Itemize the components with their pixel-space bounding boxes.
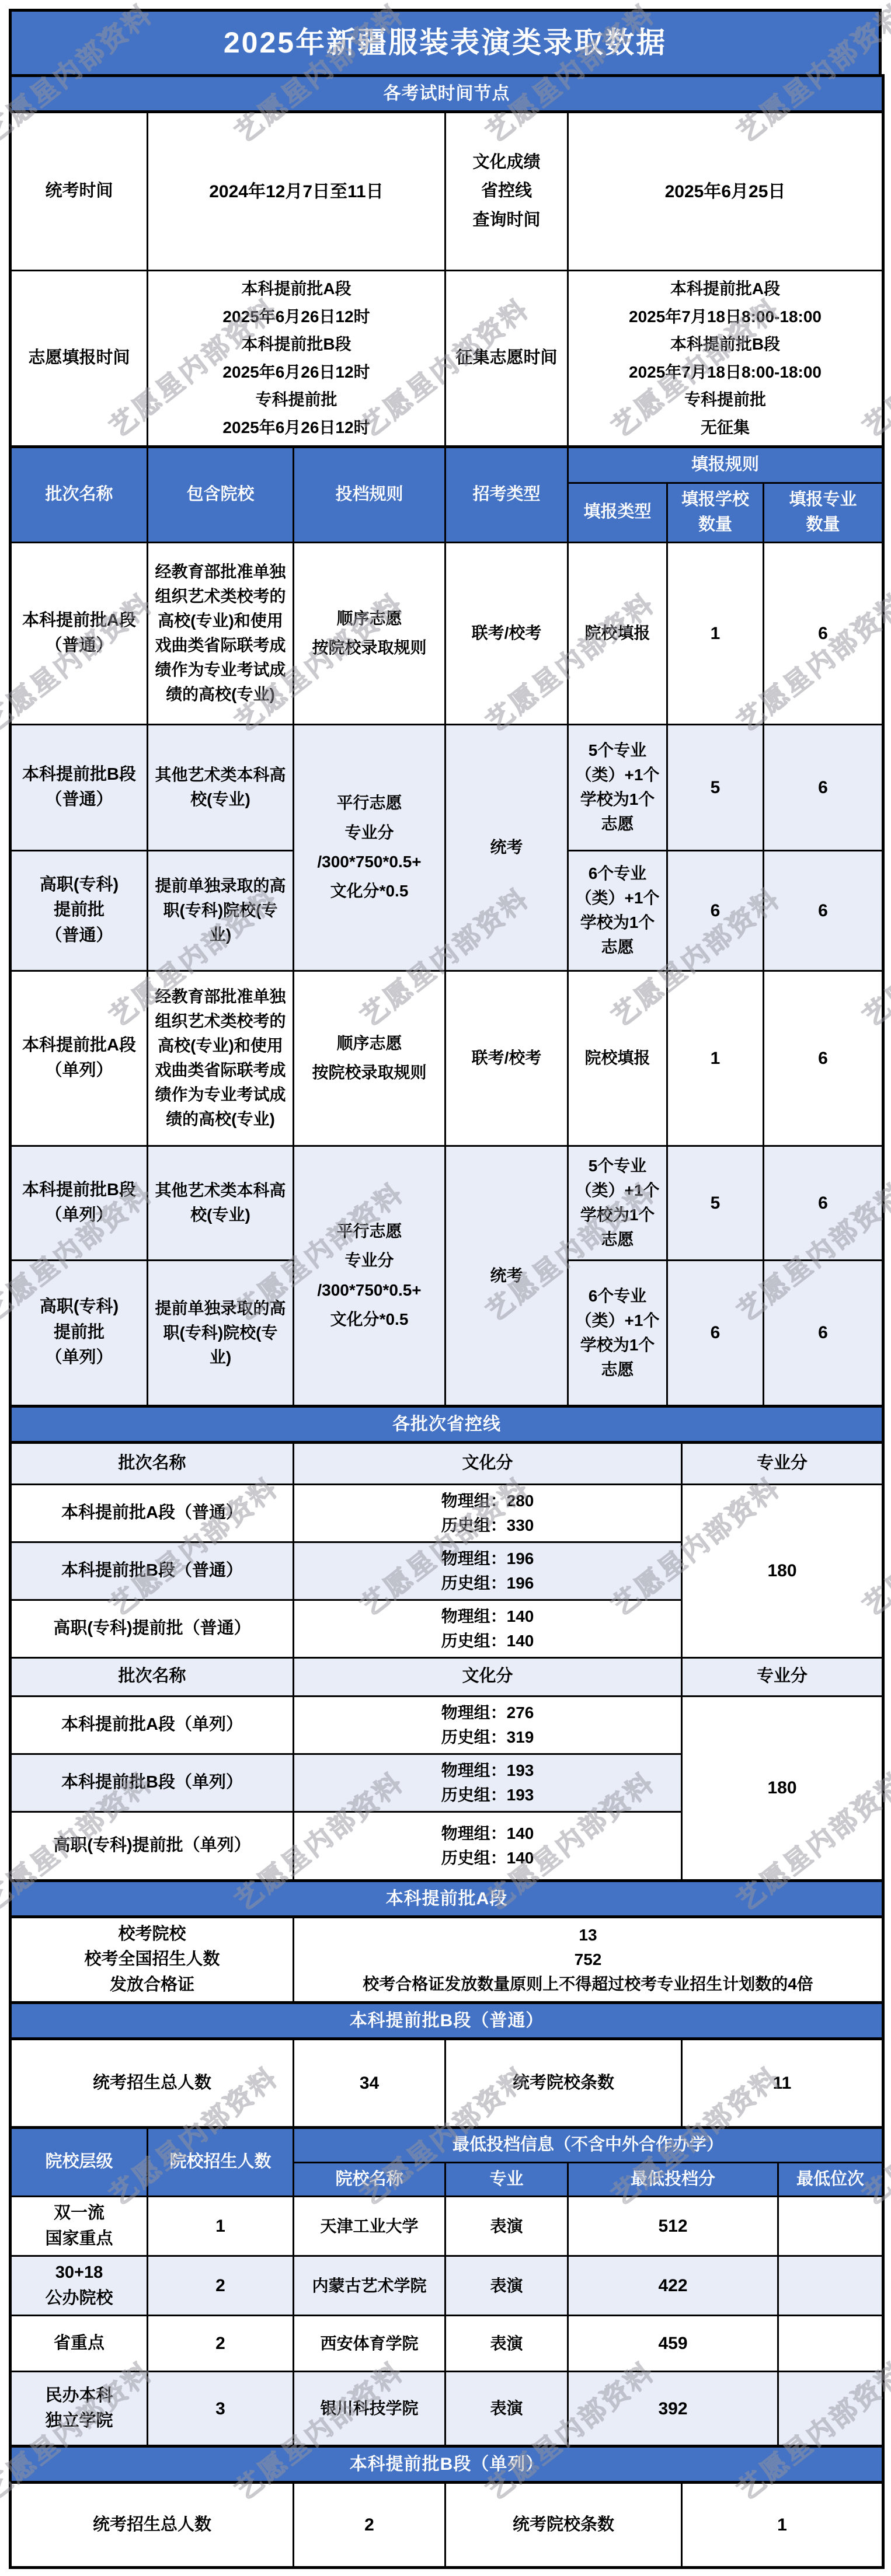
cutoff-culture-score: 物理组：276 历史组：319 <box>294 1696 682 1754</box>
fill-major-count: 6 <box>764 850 883 971</box>
min-rank <box>778 2256 883 2316</box>
included-schools: 经教育部批准单独组织艺术类校考的高校(专业)和使用戏曲类省际联考成绩作为专业考试… <box>148 971 294 1146</box>
cutoff-culture-score: 物理组：140 历史组：140 <box>294 1600 682 1657</box>
included-schools: 提前单独录取的高职(专科)院校(专业) <box>148 850 294 971</box>
culture-line-query-value: 2025年6月25日 <box>568 112 883 271</box>
filing-rule: 顺序志愿 按院校录取规则 <box>294 971 445 1146</box>
col-batch-name: 批次名称 <box>11 446 148 542</box>
section-batch-a: 本科提前批A段 <box>11 1880 883 1917</box>
cutoff-major-score: 180 <box>682 1696 883 1880</box>
batch-name: 本科提前批A段 （单列） <box>11 971 148 1146</box>
col-fill-school-count: 填报学校 数量 <box>667 483 764 542</box>
filing-rule: 顺序志愿 按院校录取规则 <box>294 542 445 724</box>
fill-major-count: 6 <box>764 1146 883 1260</box>
fill-type: 院校填报 <box>568 542 667 724</box>
min-rank <box>778 2197 883 2256</box>
school-enrollment: 2 <box>148 2316 294 2372</box>
school-level: 省重点 <box>11 2316 148 2372</box>
unified-exam-time-label: 统考时间 <box>11 112 148 271</box>
application-time-label: 志愿填报时间 <box>11 271 148 447</box>
cutoff-col-batch: 批次名称 <box>11 1657 294 1696</box>
fill-school-count: 1 <box>667 971 764 1146</box>
batch-name: 高职(专科) 提前批 （单列） <box>11 1260 148 1406</box>
cutoff-batch-name: 本科提前批A段（单列） <box>11 1696 294 1754</box>
col-fill-type: 填报类型 <box>568 483 667 542</box>
fill-major-count: 6 <box>764 724 883 850</box>
col-school-level: 院校层级 <box>11 2128 148 2197</box>
school-name: 内蒙古艺术学院 <box>294 2256 445 2316</box>
culture-line-query-label: 文化成绩 省控线 查询时间 <box>445 112 568 271</box>
cutoff-batch-name: 高职(专科)提前批（普通） <box>11 1600 294 1657</box>
school-major: 表演 <box>445 2197 568 2256</box>
batch-b-table: 本科提前批B段（普通） 统考招生总人数 34 统考院校条数 11 <box>9 2001 885 2129</box>
school-level: 双一流 国家重点 <box>11 2197 148 2256</box>
unified-total-label: 统考招生总人数 <box>11 2039 294 2128</box>
cutoff-col-batch: 批次名称 <box>11 1442 294 1484</box>
cutoff-col-culture: 文化分 <box>294 1657 682 1696</box>
school-entries-value: 1 <box>682 2483 883 2568</box>
batch-name: 本科提前批B段 （普通） <box>11 724 148 850</box>
min-rank <box>778 2372 883 2446</box>
exam-type: 统考 <box>445 1146 568 1406</box>
fill-major-count: 6 <box>764 1260 883 1406</box>
school-level: 民办本科 独立学院 <box>11 2372 148 2446</box>
cutoff-col-culture: 文化分 <box>294 1442 682 1484</box>
school-enrollment: 1 <box>148 2197 294 2256</box>
cutoff-batch-name: 本科提前批A段（普通） <box>11 1484 294 1542</box>
unified-exam-time-value: 2024年12月7日至11日 <box>148 112 445 271</box>
col-exam-type: 招考类型 <box>445 446 568 542</box>
col-fill-major-count: 填报专业 数量 <box>764 483 883 542</box>
col-min-score: 最低投档分 <box>568 2162 778 2197</box>
fill-type: 5个专业（类）+1个学校为1个志愿 <box>568 724 667 850</box>
col-filing-rule: 投档规则 <box>294 446 445 542</box>
cutoff-culture-score: 物理组：280 历史组：330 <box>294 1484 682 1542</box>
school-level: 30+18 公办院校 <box>11 2256 148 2316</box>
supplementary-time-label: 征集志愿时间 <box>445 271 568 447</box>
col-fill-rule: 填报规则 <box>568 446 883 483</box>
school-entries-value: 11 <box>682 2039 883 2128</box>
included-schools: 经教育部批准单独组织艺术类校考的高校(专业)和使用戏曲类省际联考成绩作为专业考试… <box>148 542 294 724</box>
school-major: 表演 <box>445 2316 568 2372</box>
cutoff-culture-score: 物理组：140 历史组：140 <box>294 1811 682 1880</box>
section-cutoff-lines: 各批次省控线 <box>11 1406 883 1442</box>
fill-school-count: 6 <box>667 1260 764 1406</box>
fill-school-count: 5 <box>667 1146 764 1260</box>
school-entries-label: 统考院校条数 <box>445 2483 682 2568</box>
cutoff-col-major: 专业分 <box>682 1442 883 1484</box>
cutoff-culture-score: 物理组：196 历史组：196 <box>294 1542 682 1600</box>
title-table: 2025年新疆服装表演类录取数据 <box>9 9 882 77</box>
fill-major-count: 6 <box>764 971 883 1146</box>
min-rank <box>778 2316 883 2372</box>
cutoff-major-score: 180 <box>682 1484 883 1657</box>
page: 2025年新疆服装表演类录取数据 各考试时间节点 统考时间 2024年12月7日… <box>0 0 891 2576</box>
col-min-rank: 最低位次 <box>778 2162 883 2197</box>
filing-rule: 平行志愿 专业分 /300*750*0.5+ 文化分*0.5 <box>294 724 445 971</box>
fill-type: 院校填报 <box>568 971 667 1146</box>
school-enrollment: 3 <box>148 2372 294 2446</box>
included-schools: 提前单独录取的高职(专科)院校(专业) <box>148 1260 294 1406</box>
school-exam-labels: 校考院校 校考全国招生人数 发放合格证 <box>11 1917 294 2003</box>
fill-school-count: 1 <box>667 542 764 724</box>
school-name: 天津工业大学 <box>294 2197 445 2256</box>
unified-total-value: 34 <box>294 2039 445 2128</box>
school-exam-values: 13 752 校考合格证发放数量原则上不得超过校考专业招生计划数的4倍 <box>294 1917 883 2003</box>
unified-total-value: 2 <box>294 2483 445 2568</box>
section-exam-timeline: 各考试时间节点 <box>11 76 883 112</box>
col-included-schools: 包含院校 <box>148 446 294 542</box>
batch-rules-table: 批次名称 包含院校 投档规则 招考类型 填报规则 填报类型 填报学校 数量 填报… <box>9 445 885 1408</box>
application-time-value: 本科提前批A段 2025年6月26日12时 本科提前批B段 2025年6月26日… <box>148 271 445 447</box>
fill-type: 6个专业（类）+1个学校为1个志愿 <box>568 1260 667 1406</box>
school-enrollment: 2 <box>148 2256 294 2316</box>
cutoff-batch-name: 高职(专科)提前批（单列） <box>11 1811 294 1880</box>
exam-type: 联考/校考 <box>445 542 568 724</box>
batch-name: 本科提前批B段 （单列） <box>11 1146 148 1260</box>
admission-table: 院校层级 院校招生人数 最低投档信息（不含中外合作办学） 院校名称 专业 最低投… <box>9 2126 885 2448</box>
fill-school-count: 6 <box>667 850 764 971</box>
school-name: 银川科技学院 <box>294 2372 445 2446</box>
min-score: 512 <box>568 2197 778 2256</box>
batch-b-single-table: 本科提前批B段（单列） 统考招生总人数 2 统考院校条数 1 <box>9 2445 885 2569</box>
min-score: 392 <box>568 2372 778 2446</box>
col-school-enrollment: 院校招生人数 <box>148 2128 294 2197</box>
batch-name: 高职(专科) 提前批 （普通） <box>11 850 148 971</box>
school-entries-label: 统考院校条数 <box>445 2039 682 2128</box>
exam-type: 统考 <box>445 724 568 971</box>
school-major: 表演 <box>445 2256 568 2316</box>
page-title: 2025年新疆服装表演类录取数据 <box>11 11 880 76</box>
col-min-admission-info: 最低投档信息（不含中外合作办学） <box>294 2128 883 2163</box>
school-major: 表演 <box>445 2372 568 2446</box>
cutoff-batch-name: 本科提前批B段（普通） <box>11 1542 294 1600</box>
cutoff-culture-score: 物理组：193 历史组：193 <box>294 1754 682 1811</box>
cutoff-batch-name: 本科提前批B段（单列） <box>11 1754 294 1811</box>
col-school-name: 院校名称 <box>294 2162 445 2197</box>
fill-type: 5个专业（类）+1个学校为1个志愿 <box>568 1146 667 1260</box>
exam-type: 联考/校考 <box>445 971 568 1146</box>
min-score: 422 <box>568 2256 778 2316</box>
section-batch-b: 本科提前批B段（普通） <box>11 2003 883 2039</box>
school-name: 西安体育学院 <box>294 2316 445 2372</box>
schedule-table: 各考试时间节点 统考时间 2024年12月7日至11日 文化成绩 省控线 查询时… <box>9 74 885 448</box>
fill-school-count: 5 <box>667 724 764 850</box>
supplementary-time-value: 本科提前批A段 2025年7月18日8:00-18:00 本科提前批B段 202… <box>568 271 883 447</box>
batch-name: 本科提前批A段 （普通） <box>11 542 148 724</box>
batch-a-table: 本科提前批A段 校考院校 校考全国招生人数 发放合格证 13 752 校考合格证… <box>9 1879 885 2005</box>
col-major: 专业 <box>445 2162 568 2197</box>
unified-total-label: 统考招生总人数 <box>11 2483 294 2568</box>
min-score: 459 <box>568 2316 778 2372</box>
cutoff-col-major: 专业分 <box>682 1657 883 1696</box>
fill-type: 6个专业（类）+1个学校为1个志愿 <box>568 850 667 971</box>
included-schools: 其他艺术类本科高校(专业) <box>148 1146 294 1260</box>
cutoff-table: 各批次省控线 批次名称 文化分 专业分 本科提前批A段（普通） 物理组：280 … <box>9 1405 885 1882</box>
fill-major-count: 6 <box>764 542 883 724</box>
filing-rule: 平行志愿 专业分 /300*750*0.5+ 文化分*0.5 <box>294 1146 445 1406</box>
included-schools: 其他艺术类本科高校(专业) <box>148 724 294 850</box>
section-batch-b-single: 本科提前批B段（单列） <box>11 2446 883 2483</box>
